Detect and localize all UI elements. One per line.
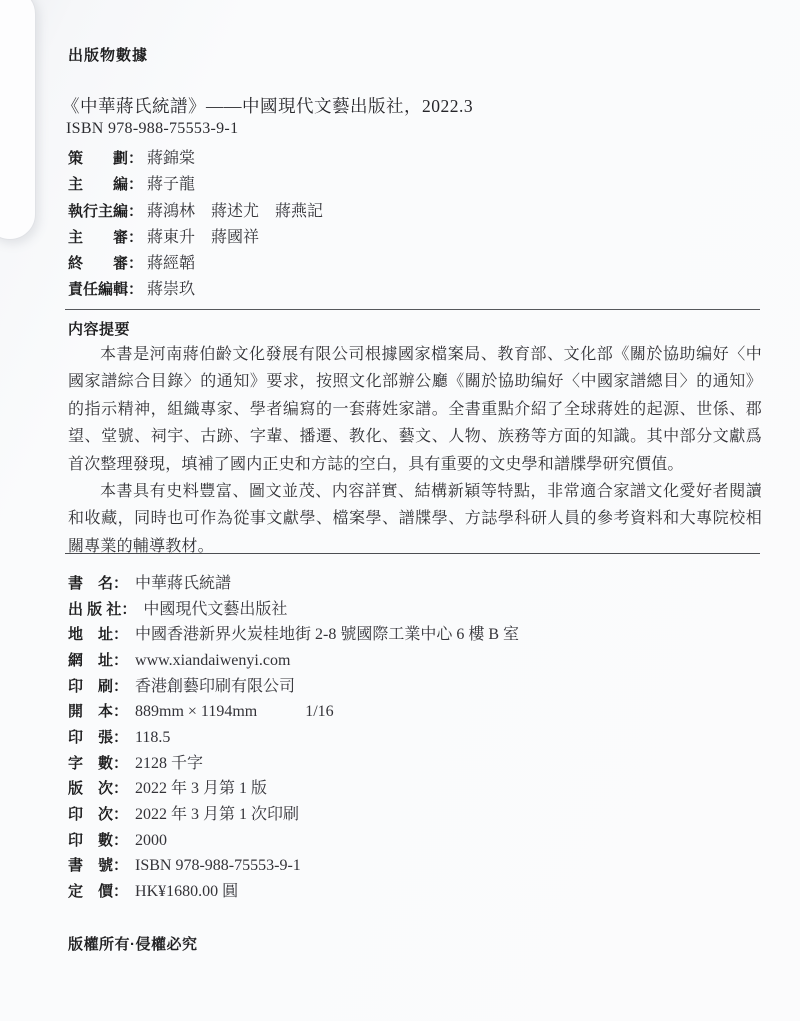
credit-label: 主 編： <box>68 172 143 198</box>
isbn-line: ISBN 978-988-75553-9-1 <box>66 120 238 138</box>
detail-label: 印 數： <box>68 828 128 854</box>
copyright-notice: 版權所有·侵權必究 <box>68 933 198 954</box>
detail-value: 中華蔣氏統譜 <box>135 571 231 597</box>
credit-value: 蔣錦棠 <box>147 146 195 172</box>
detail-value: 2022 年 3 月第 1 版 <box>135 776 267 802</box>
content-summary-body: 本書是河南蔣伯齡文化發展有限公司根據國家檔案局、教育部、文化部《關於協助编好〈中… <box>68 341 762 560</box>
credits-list: 策 劃： 蔣錦棠 主 編： 蔣子龍 執行主編： 蔣鴻林 蔣述尤 蔣燕記 主 審：… <box>68 146 323 304</box>
detail-label: 網 址： <box>68 648 128 674</box>
detail-row-edition: 版 次： 2022 年 3 月第 1 版 <box>68 776 519 802</box>
credit-label: 責任編輯： <box>68 277 143 303</box>
detail-label: 印 次： <box>68 802 128 828</box>
detail-label: 書 號： <box>68 853 128 879</box>
underlying-page-corner <box>0 0 36 240</box>
book-title-line: 《中華蔣氏統譜》——中國現代文藝出版社，2022.3 <box>62 93 473 118</box>
credit-value: 蔣經韜 <box>147 251 195 277</box>
detail-label: 地 址： <box>68 622 128 648</box>
detail-value: ISBN 978-988-75553-9-1 <box>135 853 301 879</box>
detail-value: 2000 <box>135 828 167 854</box>
credit-label: 終 審： <box>68 251 143 277</box>
credit-label: 策 劃： <box>68 146 143 172</box>
detail-label: 出 版 社： <box>68 597 136 623</box>
detail-row-word-count: 字 數： 2128 千字 <box>68 751 519 777</box>
detail-value: 2128 千字 <box>135 751 203 777</box>
content-summary-header: 内容提要 <box>68 318 130 339</box>
divider-rule-bottom <box>65 553 760 554</box>
publication-data-header: 出版物數據 <box>68 44 148 65</box>
credit-row-final-reviewer: 終 審： 蔣經韜 <box>68 251 323 277</box>
credit-label: 主 審： <box>68 225 143 251</box>
credit-value: 蔣子龍 <box>147 172 195 198</box>
credit-value: 蔣鴻林 蔣述尤 蔣燕記 <box>147 199 323 225</box>
detail-row-address: 地 址： 中國香港新界火炭桂地街 2-8 號國際工業中心 6 樓 B 室 <box>68 622 519 648</box>
credit-row-responsible-editor: 責任編輯： 蔣崇玖 <box>68 277 323 303</box>
detail-value: HK¥1680.00 圓 <box>135 879 238 905</box>
detail-label: 印 張： <box>68 725 128 751</box>
divider-rule-top <box>65 309 760 310</box>
detail-value: 中國現代文藝出版社 <box>143 597 287 623</box>
detail-label: 印 刷： <box>68 674 128 700</box>
detail-row-print-run: 印 數： 2000 <box>68 828 519 854</box>
credit-row-chief-editor: 主 編： 蔣子龍 <box>68 172 323 198</box>
detail-label: 版 次： <box>68 776 128 802</box>
credit-label: 執行主編： <box>68 199 143 225</box>
summary-paragraph-1: 本書是河南蔣伯齡文化發展有限公司根據國家檔案局、教育部、文化部《關於協助编好〈中… <box>68 341 762 478</box>
detail-value: www.xiandaiwenyi.com <box>135 648 290 674</box>
detail-label: 開 本： <box>68 699 128 725</box>
detail-value: 118.5 <box>135 725 170 751</box>
detail-row-printer: 印 刷： 香港創藝印刷有限公司 <box>68 674 519 700</box>
detail-row-book-name: 書 名： 中華蔣氏統譜 <box>68 571 519 597</box>
credit-row-executive-editors: 執行主編： 蔣鴻林 蔣述尤 蔣燕記 <box>68 199 323 225</box>
detail-label: 書 名： <box>68 571 128 597</box>
credit-value: 蔣東升 蔣國祥 <box>147 225 259 251</box>
detail-label: 定 價： <box>68 879 128 905</box>
detail-value: 中國香港新界火炭桂地街 2-8 號國際工業中心 6 樓 B 室 <box>135 622 519 648</box>
detail-row-printing: 印 次： 2022 年 3 月第 1 次印刷 <box>68 802 519 828</box>
detail-row-publisher: 出 版 社： 中國現代文藝出版社 <box>68 597 519 623</box>
detail-row-price: 定 價： HK¥1680.00 圓 <box>68 879 519 905</box>
detail-value: 2022 年 3 月第 1 次印刷 <box>135 802 299 828</box>
detail-row-format: 開 本： 889mm × 1194mm 1/16 <box>68 699 519 725</box>
summary-paragraph-2: 本書具有史料豐富、圖文並茂、内容詳實、結構新穎等特點，非常適合家譜文化愛好者閱讀… <box>68 478 762 560</box>
detail-row-website: 網 址： www.xiandaiwenyi.com <box>68 648 519 674</box>
detail-value: 香港創藝印刷有限公司 <box>135 674 295 700</box>
detail-label: 字 數： <box>68 751 128 777</box>
detail-row-printed-sheets: 印 張： 118.5 <box>68 725 519 751</box>
imprint-details-list: 書 名： 中華蔣氏統譜 出 版 社： 中國現代文藝出版社 地 址： 中國香港新界… <box>68 571 519 905</box>
detail-value: 889mm × 1194mm 1/16 <box>135 699 334 725</box>
credit-row-chief-reviewers: 主 審： 蔣東升 蔣國祥 <box>68 225 323 251</box>
credit-value: 蔣崇玖 <box>147 277 195 303</box>
credit-row-planner: 策 劃： 蔣錦棠 <box>68 146 323 172</box>
detail-row-book-number: 書 號： ISBN 978-988-75553-9-1 <box>68 853 519 879</box>
